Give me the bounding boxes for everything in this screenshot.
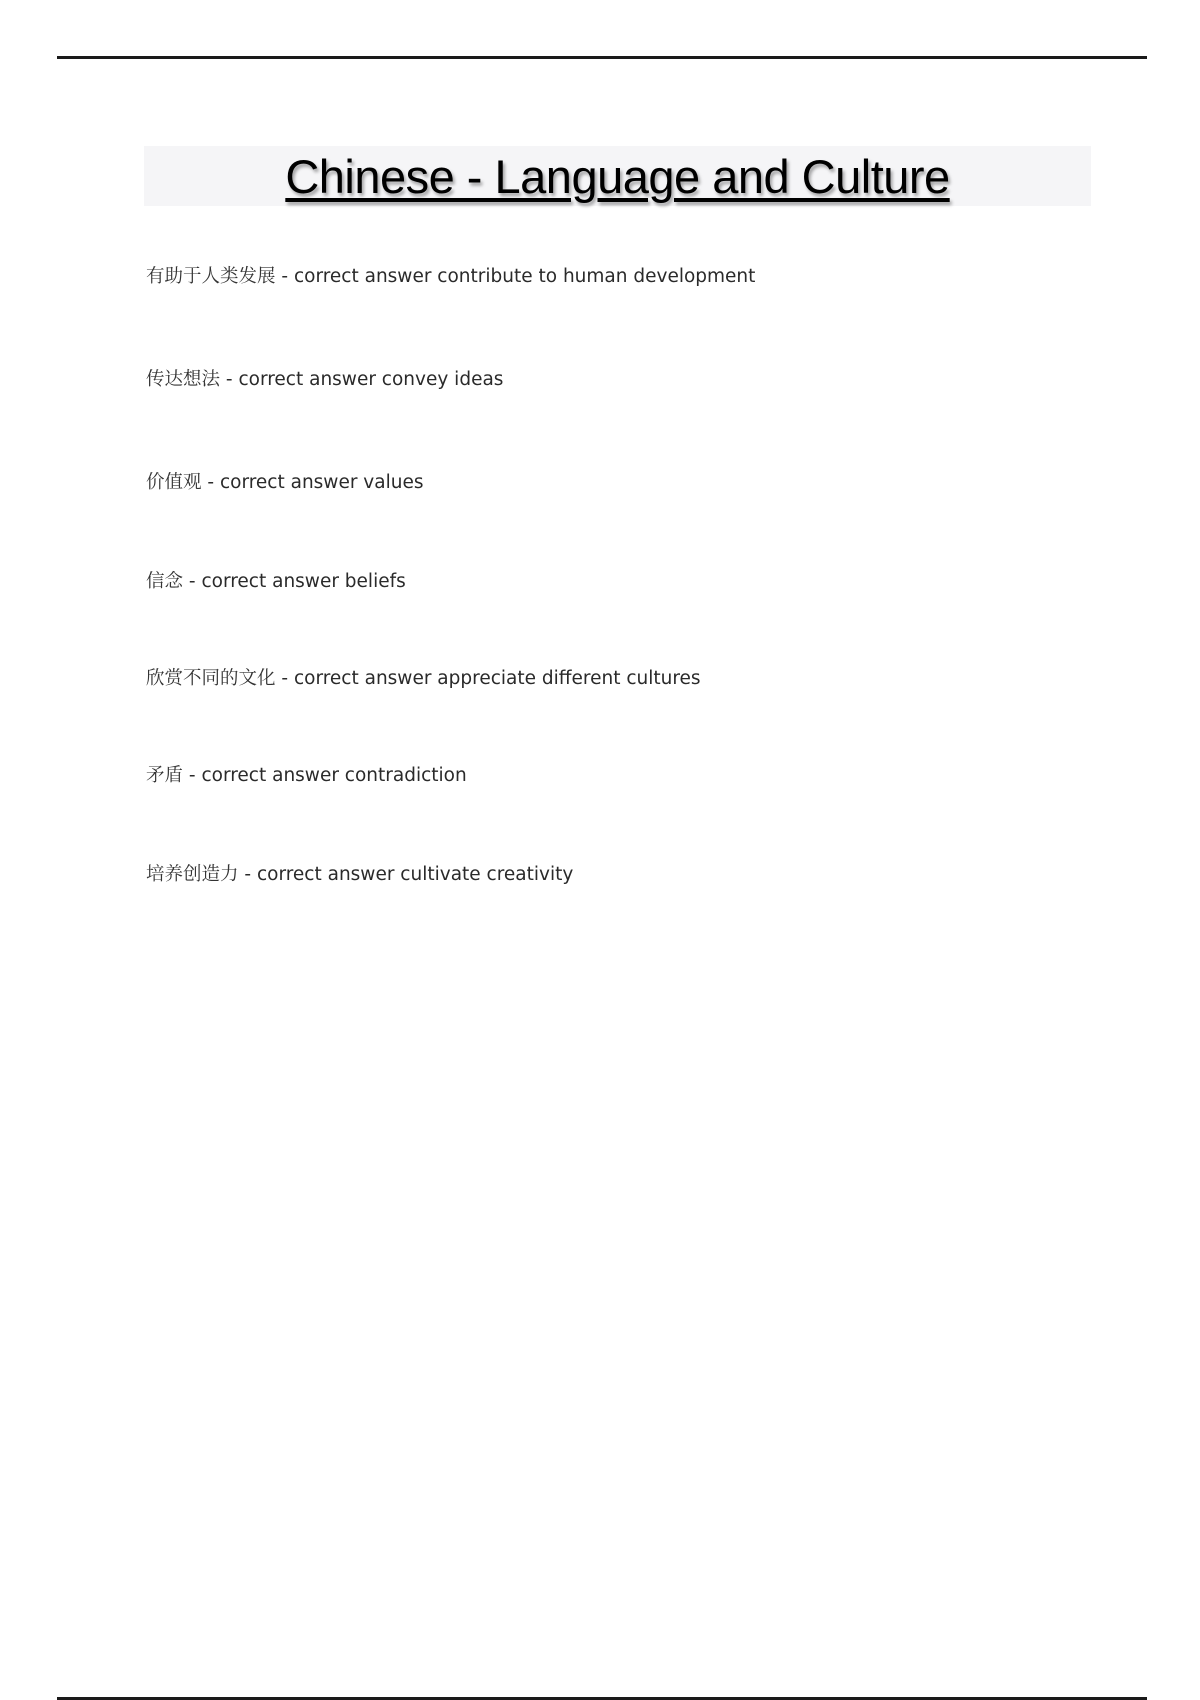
answer-text: correct answer cultivate creativity [257,864,573,885]
separator: - [220,369,238,390]
separator: - [183,765,201,786]
chinese-term: 培养创造力 [146,864,239,885]
answer-text: correct answer values [220,472,424,493]
separator: - [183,571,201,592]
flashcard-entry: 培养创造力 - correct answer cultivate creativ… [146,860,573,886]
flashcard-entry: 欣赏不同的文化 - correct answer appreciate diff… [146,664,701,690]
separator: - [239,864,257,885]
chinese-term: 欣赏不同的文化 [146,668,276,689]
separator: - [276,668,294,689]
separator: - [202,472,220,493]
answer-text: correct answer appreciate different cult… [294,668,701,689]
flashcard-entry: 矛盾 - correct answer contradiction [146,761,467,787]
chinese-term: 有助于人类发展 [146,266,276,287]
flashcard-entry: 有助于人类发展 - correct answer contribute to h… [146,262,755,288]
flashcard-entry: 信念 - correct answer beliefs [146,567,406,593]
title-banner: Chinese - Language and Culture [144,146,1091,206]
answer-text: correct answer convey ideas [238,369,503,390]
page-title: Chinese - Language and Culture [285,149,949,204]
chinese-term: 价值观 [146,472,202,493]
answer-text: correct answer contribute to human devel… [294,266,755,287]
answer-text: correct answer beliefs [201,571,405,592]
chinese-term: 传达想法 [146,369,220,390]
chinese-term: 矛盾 [146,765,183,786]
answer-text: correct answer contradiction [201,765,466,786]
chinese-term: 信念 [146,571,183,592]
flashcard-entry: 传达想法 - correct answer convey ideas [146,365,503,391]
flashcard-entry: 价值观 - correct answer values [146,468,423,494]
header-rule [57,56,1147,59]
separator: - [276,266,294,287]
